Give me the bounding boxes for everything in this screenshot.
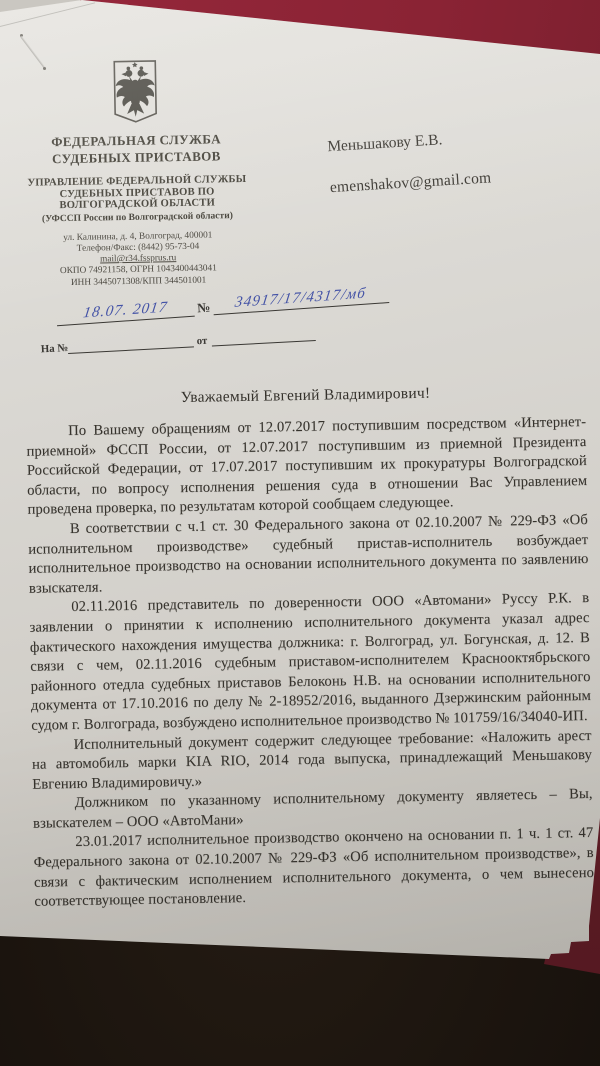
coat-of-arms-icon bbox=[112, 58, 159, 125]
reg-line: ОКПО 74921158, ОГРН 1043400443041 bbox=[25, 263, 251, 278]
contact-block: ул. Калинина, д. 4, Волгоград, 400001 Те… bbox=[25, 230, 252, 290]
document-content: ФЕДЕРАЛЬНАЯ СЛУЖБА СУДЕБНЫХ ПРИСТАВОВ УП… bbox=[0, 0, 600, 1066]
paragraph: В соответствии с ч.1 ст. 30 Федерального… bbox=[28, 511, 589, 599]
division-line: ВОЛГОГРАДСКОЙ ОБЛАСТИ bbox=[24, 197, 250, 213]
letterhead: ФЕДЕРАЛЬНАЯ СЛУЖБА СУДЕБНЫХ ПРИСТАВОВ УП… bbox=[22, 57, 252, 290]
outgoing-reference-row: 18.07. 2017№34917/17/4317/мб bbox=[56, 283, 401, 326]
paragraph: Исполнительный документ содержит следующ… bbox=[32, 726, 593, 795]
paragraph: Должником по указанному исполнительному … bbox=[33, 785, 594, 834]
phone-line: Телефон/Факс: (8442) 95-73-04 bbox=[25, 241, 251, 256]
reg-line: ИНН 3445071308/КПП 344501001 bbox=[26, 274, 252, 289]
reply-number-blank bbox=[68, 334, 195, 354]
reply-date-label: от bbox=[196, 335, 207, 348]
division-line: СУДЕБНЫХ ПРИСТАВОВ ПО bbox=[24, 185, 250, 201]
handwritten-number: 34917/17/4317/мб bbox=[212, 284, 389, 315]
document-paper: ФЕДЕРАЛЬНАЯ СЛУЖБА СУДЕБНЫХ ПРИСТАВОВ УП… bbox=[0, 0, 600, 1066]
paragraph: 02.11.2016 представитель по доверенности… bbox=[29, 589, 591, 736]
org-name-line: ФЕДЕРАЛЬНАЯ СЛУЖБА bbox=[23, 131, 249, 151]
recipient-block: Меньшакову Е.В. emenshakov@gmail.com bbox=[327, 125, 550, 197]
letterhead-email: mail@r34.fssprus.ru bbox=[25, 252, 251, 267]
letter-body: Уважаемый Евгений Владимирович! По Вашем… bbox=[25, 382, 594, 913]
staple-mark bbox=[20, 34, 50, 74]
division-abbr: (УФССП России по Волгоградской области) bbox=[24, 210, 250, 225]
division-name: УПРАВЛЕНИЕ ФЕДЕРАЛЬНОЙ СЛУЖБЫ СУДЕБНЫХ П… bbox=[24, 174, 251, 213]
recipient-name: Меньшакову Е.В. bbox=[327, 125, 548, 156]
paragraph: 23.01.2017 исполнительное производство о… bbox=[33, 824, 594, 912]
reply-date-blank bbox=[211, 328, 316, 346]
salutation: Уважаемый Евгений Владимирович! bbox=[25, 382, 585, 410]
reply-reference-row: На № от bbox=[41, 325, 381, 356]
paragraph: По Вашему обращениям от 12.07.2017 посту… bbox=[26, 413, 588, 521]
division-line: УПРАВЛЕНИЕ ФЕДЕРАЛЬНОЙ СЛУЖБЫ bbox=[24, 174, 250, 190]
handwritten-date: 18.07. 2017 bbox=[56, 298, 195, 327]
address-line: ул. Калинина, д. 4, Волгоград, 400001 bbox=[25, 230, 251, 245]
recipient-email: emenshakov@gmail.com bbox=[329, 166, 550, 197]
reply-label: На № bbox=[41, 342, 69, 355]
org-name-line: СУДЕБНЫХ ПРИСТАВОВ bbox=[23, 147, 249, 167]
org-name: ФЕДЕРАЛЬНАЯ СЛУЖБА СУДЕБНЫХ ПРИСТАВОВ bbox=[23, 131, 250, 168]
number-sign: № bbox=[194, 299, 214, 316]
photo-background: ФЕДЕРАЛЬНАЯ СЛУЖБА СУДЕБНЫХ ПРИСТАВОВ УП… bbox=[0, 0, 600, 1066]
